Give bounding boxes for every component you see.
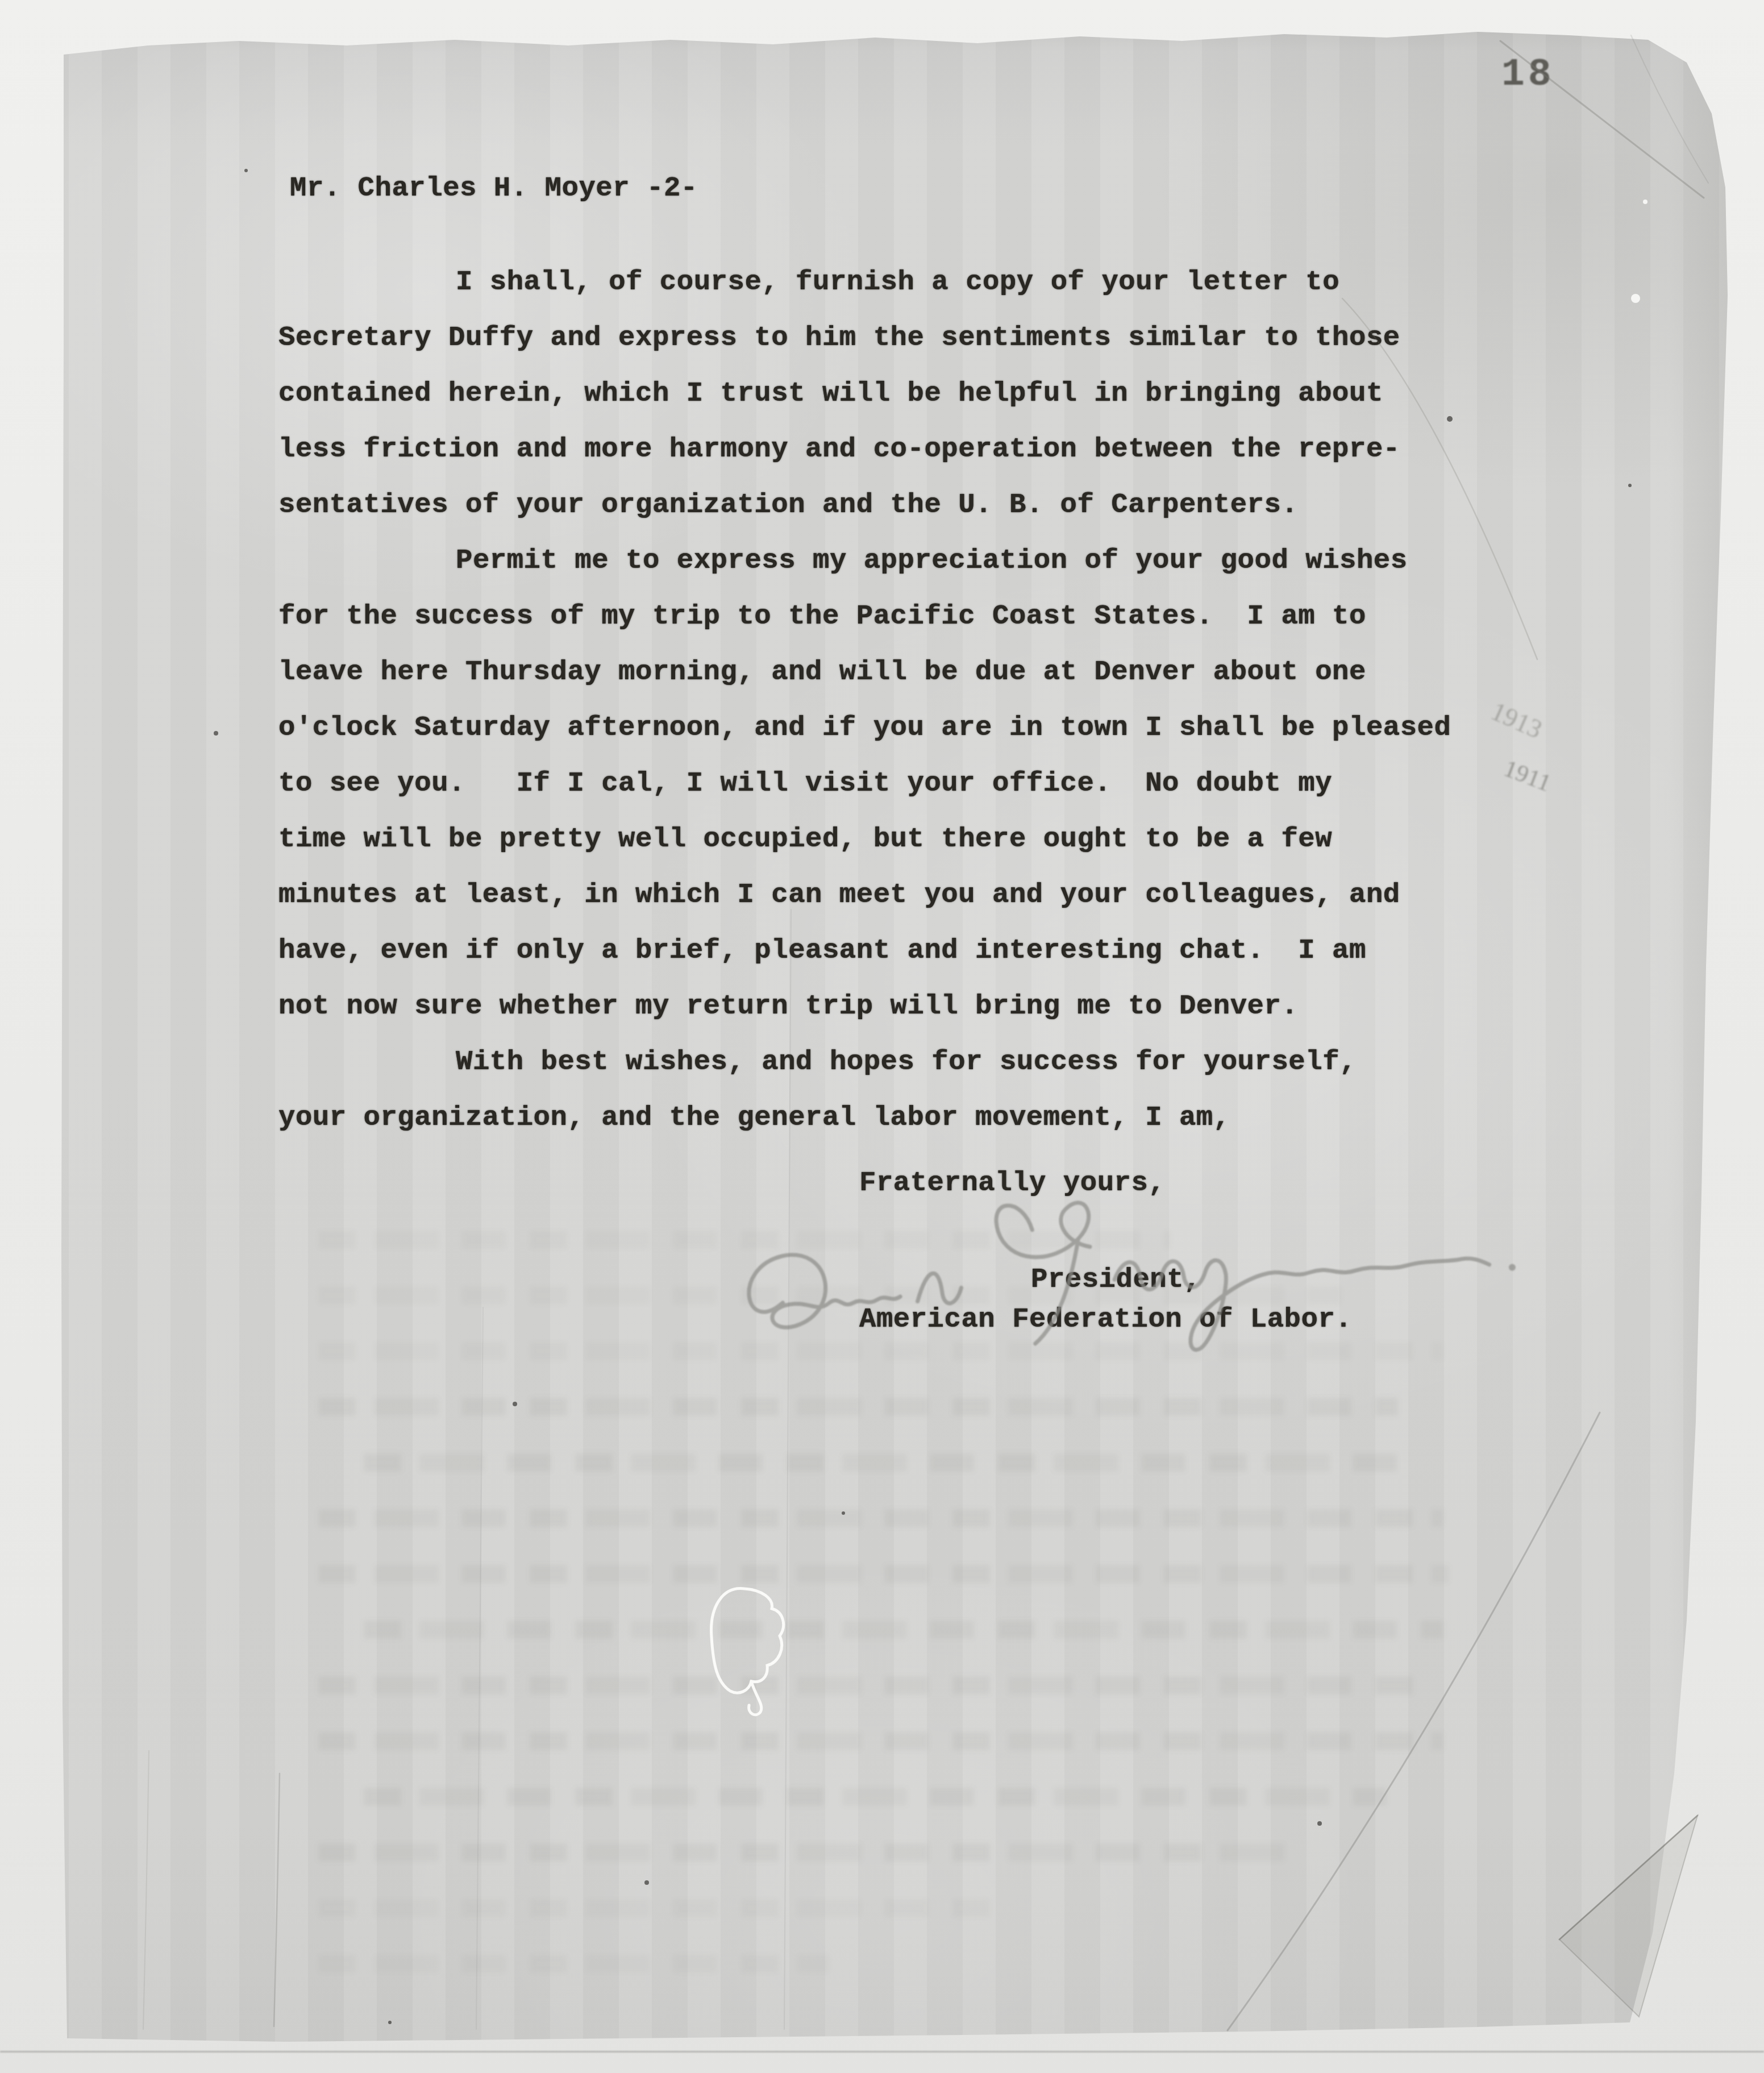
typed-line: o'clock Saturday afternoon, and if you a… bbox=[278, 714, 1451, 742]
typed-line: contained herein, which I trust will be … bbox=[278, 380, 1383, 408]
typed-line: to see you. If I cal, I will visit your … bbox=[278, 770, 1332, 797]
signature-title-line: President, bbox=[1031, 1266, 1201, 1294]
letter-page bbox=[0, 0, 1764, 2073]
typed-line: leave here Thursday morning, and will be… bbox=[278, 658, 1366, 686]
typed-line: minutes at least, in which I can meet yo… bbox=[278, 881, 1400, 909]
typed-line: Permit me to express my appreciation of … bbox=[456, 547, 1408, 575]
typed-line: sentatives of your organization and the … bbox=[278, 491, 1298, 519]
typed-line: Secretary Duffy and express to him the s… bbox=[278, 324, 1400, 352]
typed-line: I shall, of course, furnish a copy of yo… bbox=[456, 268, 1339, 296]
typed-line: With best wishes, and hopes for success … bbox=[456, 1048, 1357, 1076]
scanner-bed-seam bbox=[0, 2051, 1764, 2053]
typed-line: time will be pretty well occupied, but t… bbox=[278, 825, 1332, 853]
page-number: 18 bbox=[1501, 56, 1555, 94]
closing-line: Fraternally yours, bbox=[859, 1169, 1165, 1197]
typed-line: less friction and more harmony and co-op… bbox=[278, 435, 1400, 463]
typed-line: not now sure whether my return trip will… bbox=[278, 992, 1298, 1020]
typed-line: have, even if only a brief, pleasant and… bbox=[278, 937, 1366, 965]
typed-line: your organization, and the general labor… bbox=[278, 1104, 1230, 1132]
addressee-line: Mr. Charles H. Moyer -2- bbox=[290, 175, 698, 202]
signature-org-line: American Federation of Labor. bbox=[859, 1306, 1352, 1333]
typed-line: for the success of my trip to the Pacifi… bbox=[278, 603, 1366, 630]
